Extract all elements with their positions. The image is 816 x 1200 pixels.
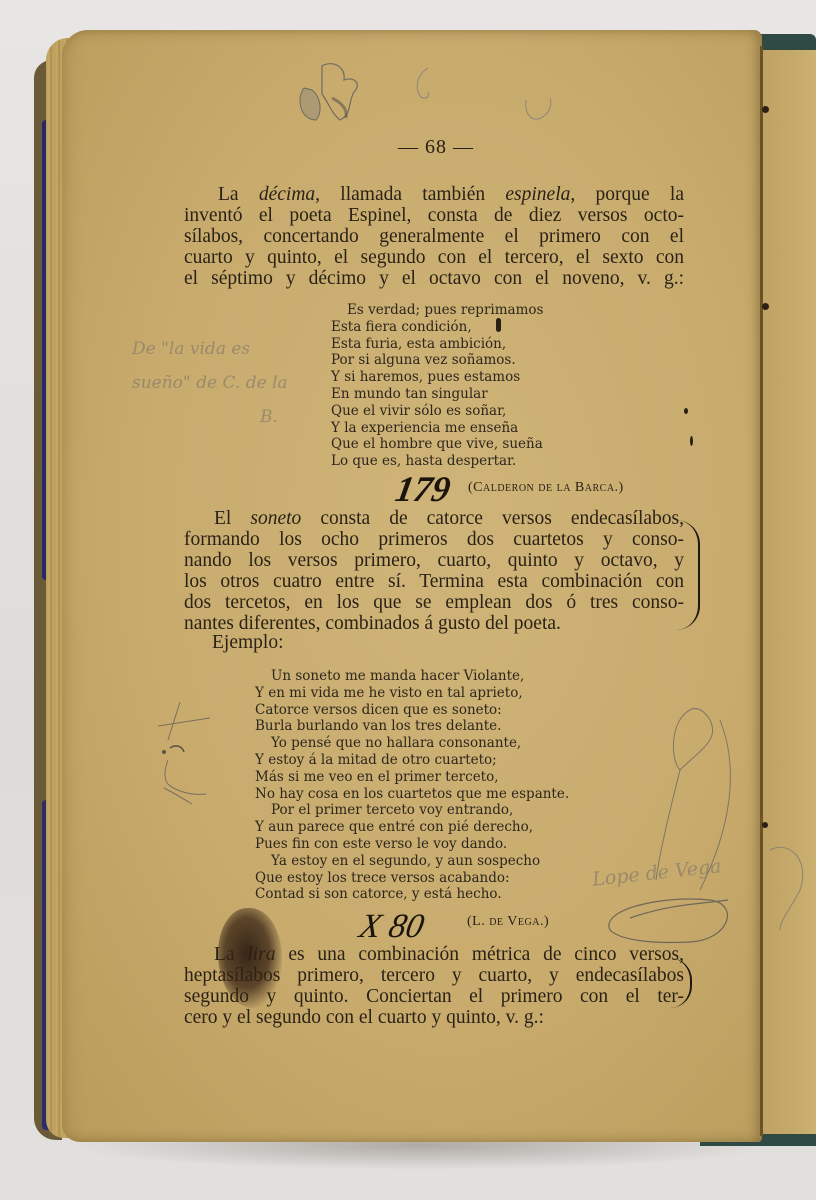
text-line: nantes diferentes, combinados á gusto de… bbox=[184, 613, 684, 634]
pencil-scribble bbox=[408, 66, 438, 106]
paragraph-soneto: El soneto consta de catorce versos endec… bbox=[184, 508, 684, 634]
verse-line: Y en mi vida me he visto en tal aprieto, bbox=[255, 685, 569, 702]
handwritten-number-x80: X 80 bbox=[356, 908, 427, 946]
verse-line: Y estoy á la mitad de otro cuarteto; bbox=[255, 752, 569, 769]
verse-line: Y aun parece que entré con pié derecho, bbox=[255, 819, 569, 836]
verse-line: Y la experiencia me enseña bbox=[331, 420, 543, 437]
term-soneto: soneto bbox=[250, 508, 301, 529]
page-gutter bbox=[760, 46, 763, 1136]
text-line: cuarto y quinto, el segundo con el terce… bbox=[184, 247, 684, 268]
pencil-sketch-figure bbox=[600, 690, 816, 950]
text: , porque la bbox=[570, 184, 684, 205]
pencil-margin-note: De "la vida es sueño" de C. de la B. bbox=[132, 332, 288, 434]
ink-speck bbox=[762, 303, 769, 310]
verse-line: Más si me veo en el primer terceto, bbox=[255, 769, 569, 786]
verse-line: Pues fin con este verso le voy dando. bbox=[255, 836, 569, 853]
verse-line: En mundo tan singular bbox=[331, 386, 543, 403]
verse-line: Ya estoy en el segundo, y aun sospecho bbox=[255, 853, 569, 870]
verse-line: Catorce versos dicen que es soneto: bbox=[255, 702, 569, 719]
text: El bbox=[214, 508, 250, 529]
verse-line: Y si haremos, pues estamos bbox=[331, 369, 543, 386]
term-espinela: espinela bbox=[505, 184, 570, 205]
text: , llamada también bbox=[315, 184, 505, 205]
pencil-note-line: De "la vida es bbox=[132, 332, 288, 366]
verse-line: Contad si son catorce, y está hecho. bbox=[255, 886, 569, 903]
pencil-scribble-2 bbox=[520, 96, 560, 126]
example-label: Ejemplo: bbox=[212, 632, 284, 654]
text: consta de catorce versos endecasílabos, bbox=[301, 508, 684, 529]
verse-line: Esta furia, esta ambición, bbox=[331, 336, 543, 353]
text-line: dos tercetos, en los que se emplean dos … bbox=[184, 592, 684, 613]
poem-vega: Un soneto me manda hacer Violante, Y en … bbox=[255, 668, 569, 903]
text-line: nando los versos primero, cuarto, quinto… bbox=[184, 550, 684, 571]
text-line: sílabos, concertando generalmente el pri… bbox=[184, 226, 684, 247]
verse-line: Que estoy los trece versos acabando: bbox=[255, 870, 569, 887]
ink-speck bbox=[762, 822, 768, 828]
text-line: inventó el poeta Espinel, consta de diez… bbox=[184, 205, 684, 226]
text-line: cero y el segundo con el cuarto y quinto… bbox=[184, 1007, 684, 1028]
pencil-sketch-face bbox=[150, 700, 230, 810]
ink-speck bbox=[762, 106, 769, 113]
attribution-calderon: (Calderon de la Barca.) bbox=[468, 480, 624, 496]
ink-speck bbox=[496, 318, 501, 332]
ink-bracket-soneto bbox=[676, 520, 700, 630]
verse-line: Que el vivir sólo es soñar, bbox=[331, 403, 543, 420]
verse-line: Por si alguna vez soñamos. bbox=[331, 352, 543, 369]
text: es una combinación métrica de cinco vers… bbox=[276, 944, 684, 965]
facing-page-edge bbox=[763, 50, 816, 1134]
handwritten-number-179: 179 bbox=[392, 468, 453, 510]
attribution-vega: (L. de Vega.) bbox=[467, 914, 549, 930]
verse-line: Esta fiera condición, bbox=[331, 319, 543, 336]
verse-line: Que el hombre que vive, sueña bbox=[331, 436, 543, 453]
page-number: — 68 — bbox=[398, 136, 474, 159]
ink-speck bbox=[690, 436, 693, 446]
pencil-note-line: sueño" de C. de la bbox=[132, 366, 288, 400]
verse-line: Burla burlando van los tres delante. bbox=[255, 718, 569, 735]
verse-line: Un soneto me manda hacer Violante, bbox=[255, 668, 569, 685]
term-decima: décima bbox=[259, 184, 315, 205]
pencil-sketch-flower bbox=[292, 58, 382, 130]
poem-calderon: Es verdad; pues reprimamos Esta fiera co… bbox=[331, 302, 543, 470]
text-line: los otros cuatro entre sí. Termina esta … bbox=[184, 571, 684, 592]
ink-speck bbox=[684, 408, 688, 414]
text-line: el séptimo y décimo y el octavo con el n… bbox=[184, 268, 684, 289]
text: La bbox=[218, 184, 259, 205]
text-line: formando los ocho primeros dos cuartetos… bbox=[184, 529, 684, 550]
verse-line: No hay cosa en los cuartetos que me espa… bbox=[255, 786, 569, 803]
text-line: La décima, llamada también espinela, por… bbox=[184, 184, 684, 205]
paragraph-decima: La décima, llamada también espinela, por… bbox=[184, 184, 684, 289]
verse-line: Es verdad; pues reprimamos bbox=[331, 302, 543, 319]
text-line: El soneto consta de catorce versos endec… bbox=[184, 508, 684, 529]
pencil-note-line: B. bbox=[132, 400, 288, 434]
verse-line: Yo pensé que no hallara consonante, bbox=[255, 735, 569, 752]
verse-line: Por el primer terceto voy entrando, bbox=[255, 802, 569, 819]
